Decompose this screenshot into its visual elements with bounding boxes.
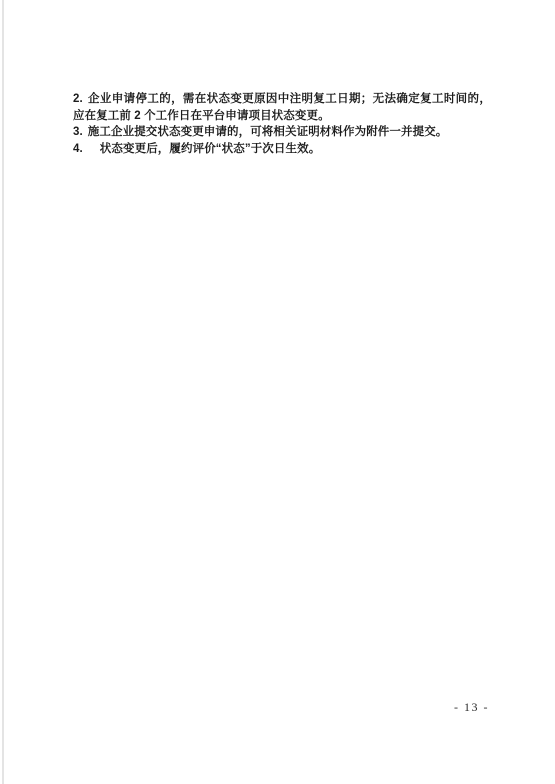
list-item-text: 状态变更后，履约评价“状态”于次日生效。 bbox=[100, 143, 321, 155]
list-item-text: 企业申请停工的，需在状态变更原因中注明复工日期；无法确定复工时间的，应在复工前 … bbox=[73, 93, 491, 122]
list-item: 4.状态变更后，履约评价“状态”于次日生效。 bbox=[73, 141, 491, 158]
document-page: 2.企业申请停工的，需在状态变更原因中注明复工日期；无法确定复工时间的，应在复工… bbox=[0, 0, 555, 784]
list-item: 3.施工企业提交状态变更申请的，可将相关证明材料作为附件一并提交。 bbox=[73, 124, 491, 141]
list-item-number: 4. bbox=[73, 143, 83, 155]
list-item-text: 施工企业提交状态变更申请的，可将相关证明材料作为附件一并提交。 bbox=[88, 126, 448, 138]
scanned-page-edge bbox=[2, 0, 4, 784]
document-body: 2.企业申请停工的，需在状态变更原因中注明复工日期；无法确定复工时间的，应在复工… bbox=[73, 91, 491, 157]
list-item-number: 2. bbox=[73, 93, 83, 105]
list-item-number: 3. bbox=[73, 126, 83, 138]
list-item: 2.企业申请停工的，需在状态变更原因中注明复工日期；无法确定复工时间的，应在复工… bbox=[73, 91, 491, 124]
page-number: - 13 - bbox=[454, 700, 489, 715]
